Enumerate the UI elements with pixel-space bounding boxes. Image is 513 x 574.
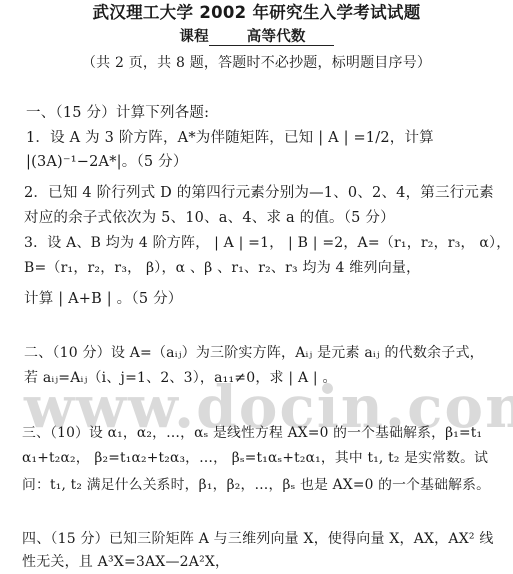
- question-1-3-line-2: B=（r₁，r₂，r₃， β），α 、β 、r₁、r₂、r₃ 均为 4 维列向量…: [24, 258, 420, 278]
- section-3-line-1: 三、（10）设 α₁，α₂，…，αₛ 是线性方程 AX=0 的一个基础解系，β₁…: [22, 423, 482, 443]
- question-1-1-line-2: |(3A)⁻¹−2A*|。（5 分）: [26, 152, 188, 172]
- course-line: 课程高等代数: [0, 27, 513, 47]
- question-1-1-line-1: 1．设 A 为 3 阶方阵，A*为伴随矩阵，已知 | A | =1/2，计算: [26, 128, 434, 148]
- section-1-heading: 一、（15 分）计算下列各题:: [26, 103, 209, 123]
- exam-title: 武汉理工大学 2002 年研究生入学考试试题: [0, 3, 513, 23]
- section-2-line-1: 二、（10 分）设 A=（aᵢⱼ）为三阶实方阵，Aᵢⱼ 是元素 aᵢⱼ 的代数余…: [24, 343, 484, 363]
- question-1-2-line-1: 2．已知 4 阶行列式 D 的第四行元素分别为—1、0、2、4，第三行元素: [24, 183, 494, 203]
- course-name: 高等代数: [209, 29, 334, 46]
- section-3-line-3: 问：t₁, t₂ 满足什么关系时，β₁，β₂，…，βₛ 也是 AX=0 的一个基…: [22, 475, 490, 495]
- question-1-3-line-3: 计算 | A+B | 。（5 分）: [24, 289, 182, 309]
- section-4-line-2: 性无关，且 A³X=3AX—2A²X，: [22, 552, 229, 572]
- section-3-line-2: α₁+t₂α₂， β₂=t₁α₂+t₂α₃，…， βₛ=t₁αₛ+t₂α₁，其中…: [22, 448, 488, 468]
- section-2-line-2: 若 aᵢⱼ=Aᵢⱼ（i、j=1、2、3），a₁₁≠0，求 | A | 。: [24, 368, 337, 388]
- exam-note: （共 2 页，共 8 题，答题时不必抄题，标明题目序号）: [0, 53, 513, 73]
- section-4-line-1: 四、（15 分）已知三阶矩阵 A 与三维列向量 X，使得向量 X，AX，AX² …: [22, 529, 494, 549]
- course-label: 课程: [179, 29, 208, 45]
- question-1-3-line-1: 3．设 A、B 均为 4 阶方阵， | A | =1， | B | =2，A=（…: [24, 233, 510, 253]
- exam-page: www.docin.com 武汉理工大学 2002 年研究生入学考试试题 课程高…: [0, 0, 513, 574]
- question-1-2-line-2: 对应的余子式依次为 5、10、a、4、求 a 的值。（5 分）: [24, 208, 395, 228]
